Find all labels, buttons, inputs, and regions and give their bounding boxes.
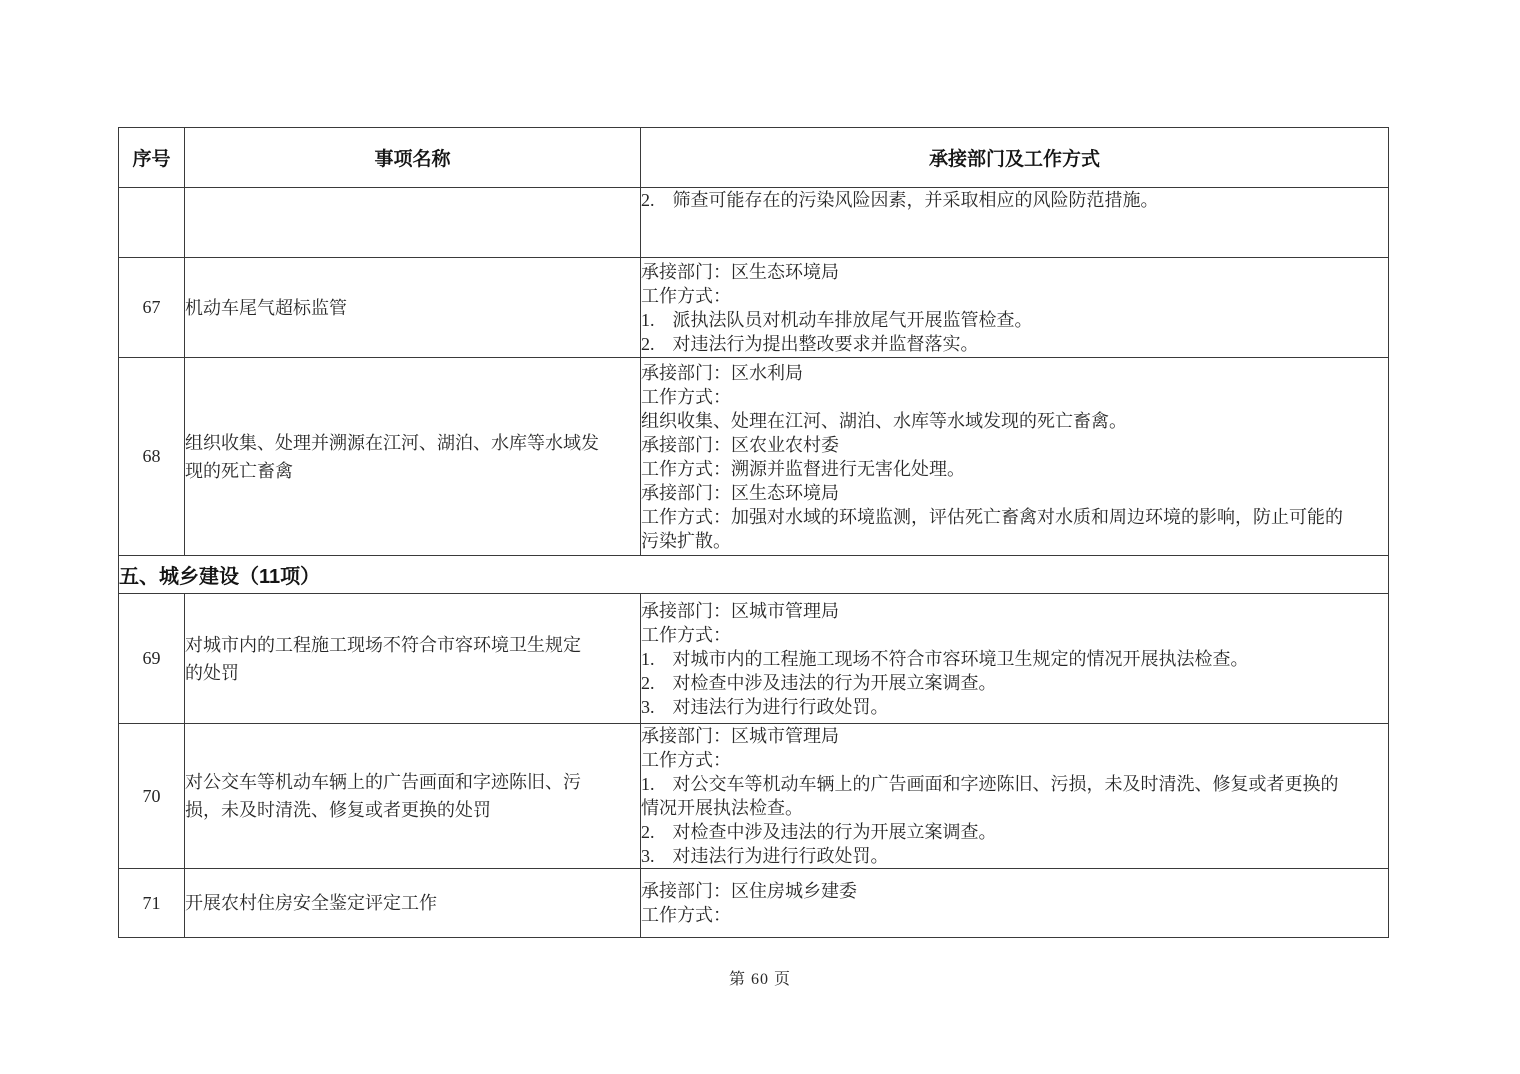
- table-header-row: 序号 事项名称 承接部门及工作方式: [119, 128, 1389, 188]
- table-row-68: 68 组织收集、处理并溯源在江河、湖泊、水库等水域发 现的死亡畜禽 承接部门：区…: [119, 358, 1389, 556]
- document-page: 序号 事项名称 承接部门及工作方式 2. 筛查可能存在的污染风险因素，并采取相应…: [0, 0, 1520, 1074]
- item-name: 对公交车等机动车辆上的广告画面和字迹陈旧、污 损，未及时清洗、修复或者更换的处罚: [185, 724, 641, 869]
- row-no: 70: [119, 724, 185, 869]
- department-method: 承接部门：区住房城乡建委 工作方式：: [641, 869, 1389, 938]
- column-header-name: 事项名称: [185, 128, 641, 188]
- table-row-71: 71 开展农村住房安全鉴定评定工作 承接部门：区住房城乡建委 工作方式：: [119, 869, 1389, 938]
- table-row-continuation: 2. 筛查可能存在的污染风险因素，并采取相应的风险防范措施。: [119, 188, 1389, 258]
- row-no: 71: [119, 869, 185, 938]
- column-header-no: 序号: [119, 128, 185, 188]
- item-name: 组织收集、处理并溯源在江河、湖泊、水库等水域发 现的死亡畜禽: [185, 358, 641, 556]
- department-method: 承接部门：区城市管理局 工作方式： 1. 对城市内的工程施工现场不符合市容环境卫…: [641, 594, 1389, 724]
- department-method: 承接部门：区城市管理局 工作方式： 1. 对公交车等机动车辆上的广告画面和字迹陈…: [641, 724, 1389, 869]
- item-name: 开展农村住房安全鉴定评定工作: [185, 869, 641, 938]
- department-method: 承接部门：区生态环境局 工作方式： 1. 派执法队员对机动车排放尾气开展监管检查…: [641, 258, 1389, 358]
- matters-table-container: 序号 事项名称 承接部门及工作方式 2. 筛查可能存在的污染风险因素，并采取相应…: [118, 127, 1388, 938]
- section-header-row: 五、城乡建设（11项）: [119, 556, 1389, 594]
- section-title: 五、城乡建设（11项）: [119, 556, 1389, 594]
- item-name: [185, 188, 641, 258]
- row-no: 69: [119, 594, 185, 724]
- row-no: 67: [119, 258, 185, 358]
- row-no: [119, 188, 185, 258]
- item-name: 对城市内的工程施工现场不符合市容环境卫生规定 的处罚: [185, 594, 641, 724]
- row-no: 68: [119, 358, 185, 556]
- department-method: 承接部门：区水利局 工作方式： 组织收集、处理在江河、湖泊、水库等水域发现的死亡…: [641, 358, 1389, 556]
- department-method: 2. 筛查可能存在的污染风险因素，并采取相应的风险防范措施。: [641, 188, 1389, 258]
- item-name: 机动车尾气超标监管: [185, 258, 641, 358]
- table-row-70: 70 对公交车等机动车辆上的广告画面和字迹陈旧、污 损，未及时清洗、修复或者更换…: [119, 724, 1389, 869]
- table-row-69: 69 对城市内的工程施工现场不符合市容环境卫生规定 的处罚 承接部门：区城市管理…: [119, 594, 1389, 724]
- table-row-67: 67 机动车尾气超标监管 承接部门：区生态环境局 工作方式： 1. 派执法队员对…: [119, 258, 1389, 358]
- column-header-dept: 承接部门及工作方式: [641, 128, 1389, 188]
- matters-table: 序号 事项名称 承接部门及工作方式 2. 筛查可能存在的污染风险因素，并采取相应…: [118, 127, 1389, 938]
- page-number: 第 60 页: [0, 966, 1520, 989]
